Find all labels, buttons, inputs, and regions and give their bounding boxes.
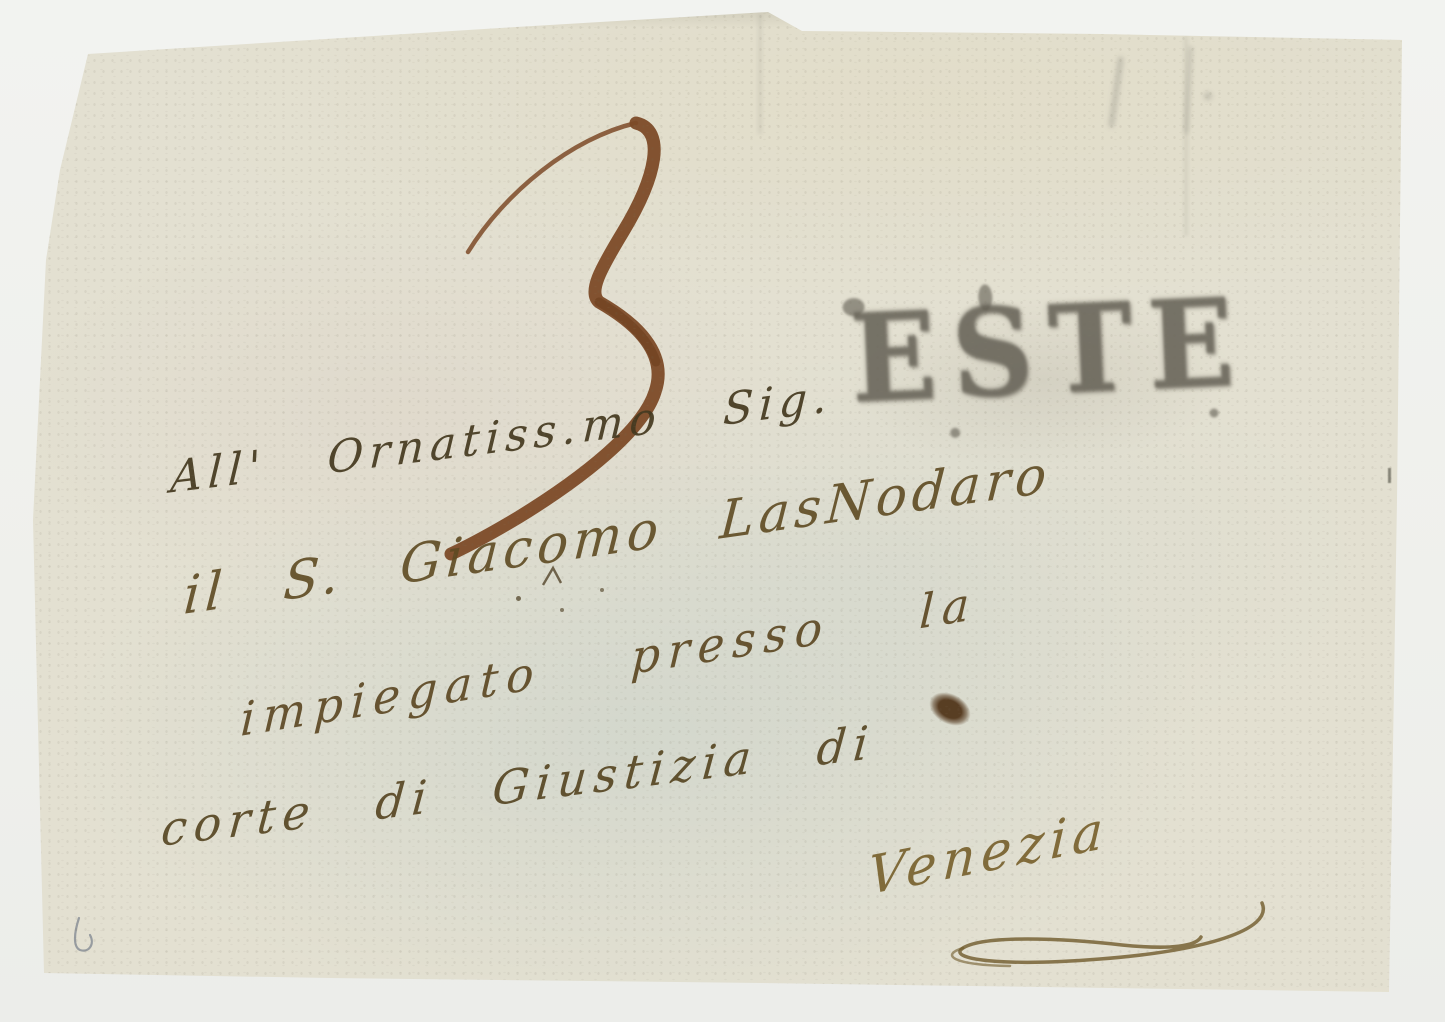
postmark-ink-fleck <box>1209 408 1218 417</box>
postmark-ink-fleck <box>978 284 993 311</box>
show-through-mark <box>1184 46 1194 134</box>
este-postmark: ESTE <box>848 288 1235 474</box>
postmark-ink-fleck <box>842 298 865 317</box>
postmark-ink-fleck <box>950 428 960 438</box>
postmark-ink-halo <box>824 269 1261 493</box>
address-line-2: il S. Giacomo LasNodaro <box>182 444 1054 627</box>
postmark-text: ESTE <box>848 282 1252 420</box>
letter-scan: ESTE All' Ornatiss.mo Sig. il S. Giacomo… <box>0 0 1445 1022</box>
address-line-4: corte di Giustizia di <box>159 714 877 857</box>
ink-dot <box>516 596 521 601</box>
address-line-3: impiegato presso la <box>239 575 978 747</box>
ink-dot <box>560 608 564 612</box>
address-line-1: All' Ornatiss.mo Sig. <box>169 371 834 504</box>
ink-blot <box>924 685 977 732</box>
caret-mark <box>0 0 1445 1022</box>
paper-crease <box>758 14 762 134</box>
letter-paper: ESTE All' Ornatiss.mo Sig. il S. Giacomo… <box>0 0 1445 1022</box>
ink-dot <box>600 588 604 592</box>
edge-ink-tick <box>1388 468 1391 483</box>
paper-crease <box>1184 36 1188 236</box>
corner-ink-squiggle <box>0 0 1445 1022</box>
show-through-mark <box>1204 92 1212 100</box>
rate-marking-3 <box>0 0 1445 1022</box>
address-line-5: Venezia <box>867 799 1111 907</box>
venezia-flourish <box>0 0 1445 1022</box>
show-through-mark <box>1108 56 1124 128</box>
